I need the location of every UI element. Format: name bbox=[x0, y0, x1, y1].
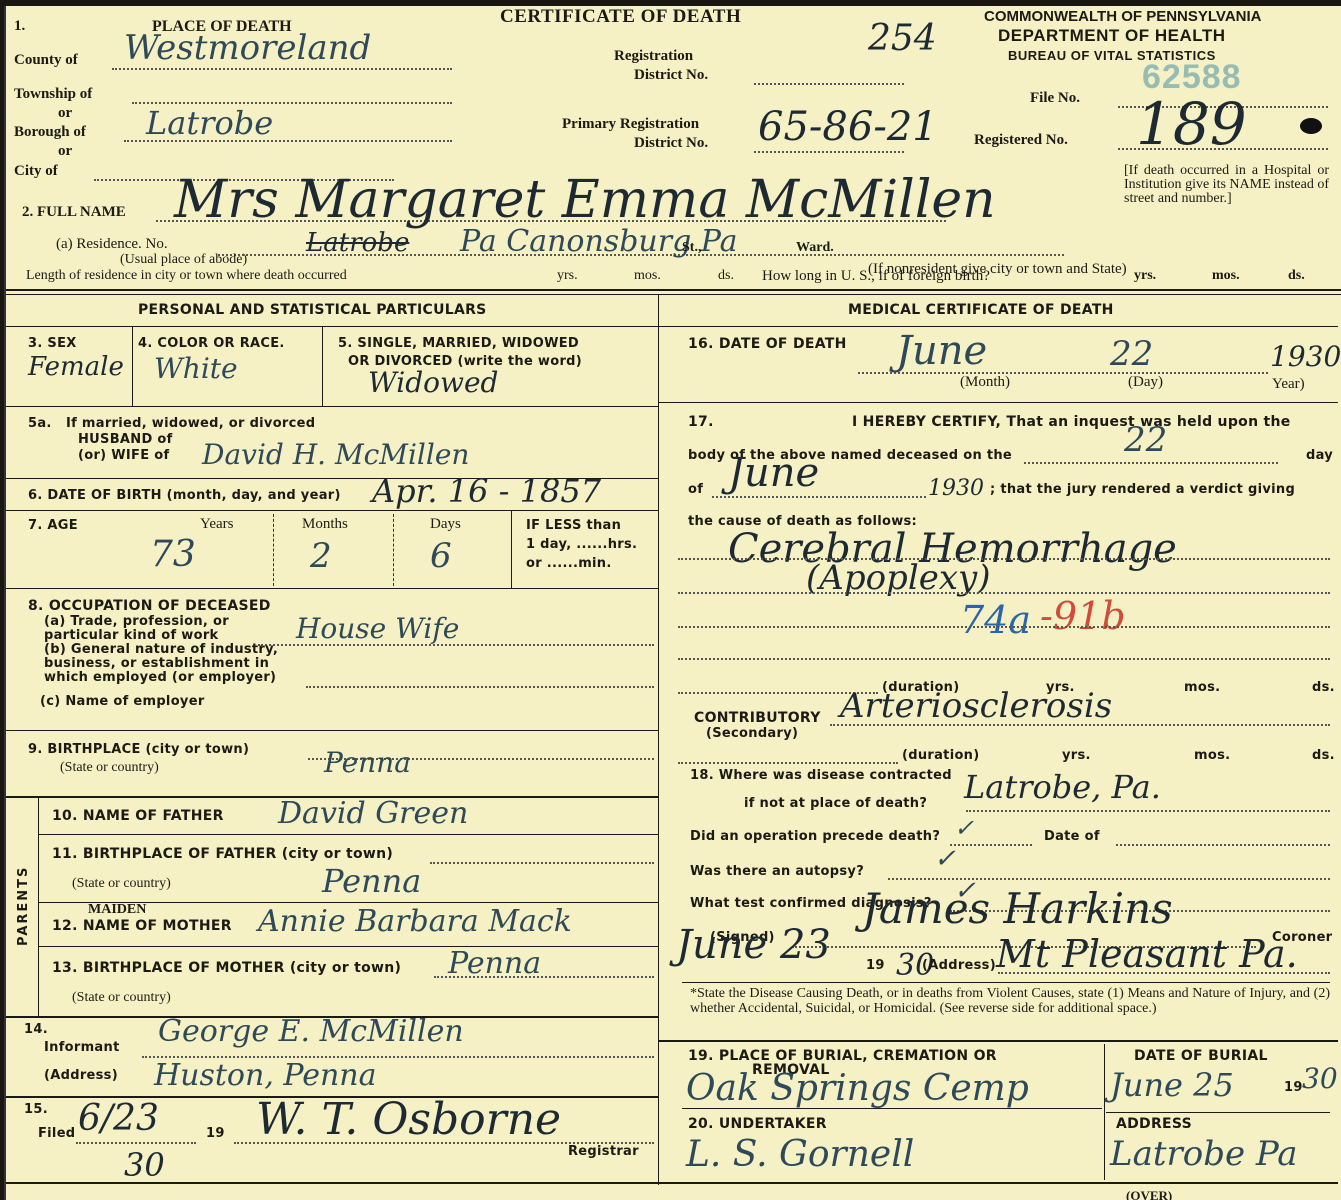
certify-line-3: ; that the jury rendered a verdict givin… bbox=[990, 482, 1295, 497]
undertaker-label: 20. UNDERTAKER bbox=[688, 1116, 827, 1132]
divider bbox=[511, 511, 512, 588]
burial-place-value[interactable]: Oak Springs Cemp bbox=[686, 1068, 1029, 1109]
duration-2-yrs: yrs. bbox=[1062, 748, 1091, 763]
personal-section-title: PERSONAL AND STATISTICAL PARTICULARS bbox=[138, 302, 487, 318]
day-suffix: day bbox=[1306, 448, 1333, 463]
divider bbox=[682, 1108, 1102, 1109]
divider bbox=[6, 510, 658, 511]
or-label-2: or bbox=[58, 143, 72, 160]
duration-2-line bbox=[678, 762, 898, 764]
footnote: *State the Disease Causing Death, or in … bbox=[690, 986, 1330, 1016]
operation-date-line bbox=[1116, 844, 1330, 846]
father-name-value[interactable]: David Green bbox=[278, 796, 468, 831]
birthplace-value[interactable]: Penna bbox=[324, 746, 411, 779]
dob-label: 6. DATE OF BIRTH (month, day, and year) bbox=[28, 488, 341, 503]
contracted-label-1: 18. Where was disease contracted bbox=[690, 768, 952, 783]
informant-value[interactable]: George E. McMillen bbox=[158, 1014, 464, 1049]
industry-line bbox=[306, 686, 654, 688]
informant-address-value[interactable]: Huston, Penna bbox=[154, 1058, 377, 1093]
borough-value[interactable]: Latrobe bbox=[146, 104, 273, 142]
employer-label: (c) Name of employer bbox=[40, 694, 205, 709]
registration-district-label: District No. bbox=[634, 67, 708, 84]
inquest-day-value[interactable]: 22 bbox=[1124, 420, 1167, 460]
spouse-label-3: (or) WIFE of bbox=[78, 448, 169, 463]
spouse-label-1: If married, widowed, or divorced bbox=[66, 416, 315, 431]
registration-district-value[interactable]: 254 bbox=[868, 18, 937, 59]
race-value[interactable]: White bbox=[154, 352, 238, 385]
mother-birthplace-label: 13. BIRTHPLACE OF MOTHER (city or town) bbox=[52, 960, 401, 976]
foreign-yrs: yrs. bbox=[1134, 268, 1156, 284]
divider bbox=[322, 326, 323, 406]
primary-district-value[interactable]: 65-86-21 bbox=[758, 104, 938, 150]
borough-label: Borough of bbox=[14, 124, 86, 141]
divider bbox=[273, 514, 274, 586]
county-line bbox=[112, 68, 452, 70]
divider bbox=[658, 326, 1338, 327]
undertaker-address-value[interactable]: Latrobe Pa bbox=[1110, 1134, 1298, 1174]
occupation-b-line2: business, or establishment in bbox=[44, 656, 269, 671]
duration-2-ds: ds. bbox=[1312, 748, 1335, 763]
operation-label: Did an operation precede death? bbox=[690, 829, 940, 844]
autopsy-label: Was there an autopsy? bbox=[690, 864, 864, 879]
death-day-value[interactable]: 22 bbox=[1110, 334, 1153, 374]
undertaker-value[interactable]: L. S. Gornell bbox=[686, 1134, 914, 1175]
age-years-value[interactable]: 73 bbox=[150, 534, 196, 575]
inquest-day-line bbox=[1024, 462, 1278, 464]
divider bbox=[682, 982, 1330, 983]
divider bbox=[132, 326, 133, 406]
divider bbox=[658, 402, 1338, 403]
divider bbox=[658, 1182, 1338, 1184]
duration-2-mos: mos. bbox=[1194, 748, 1230, 763]
filed-year-value[interactable]: 30 bbox=[124, 1146, 165, 1184]
marital-value[interactable]: Widowed bbox=[368, 366, 498, 399]
registrar-value[interactable]: W. T. Osborne bbox=[256, 1094, 561, 1145]
divider bbox=[38, 834, 658, 835]
signed-value[interactable]: James Harkins bbox=[862, 884, 1173, 933]
divider bbox=[393, 514, 394, 586]
age-days-label: Days bbox=[430, 516, 461, 533]
marital-label-1: 5. SINGLE, MARRIED, WIDOWED bbox=[338, 336, 579, 351]
mother-name-value[interactable]: Annie Barbara Mack bbox=[258, 904, 572, 939]
father-birthplace-value[interactable]: Penna bbox=[322, 862, 421, 900]
occupation-b-line1: (b) General nature of industry, bbox=[44, 642, 278, 657]
registered-no-value[interactable]: 189 bbox=[1136, 90, 1247, 158]
divider bbox=[6, 406, 658, 407]
death-certificate: 1. PLACE OF DEATH CERTIFICATE OF DEATH C… bbox=[4, 6, 1341, 1200]
burial-date-value[interactable]: June 25 bbox=[1110, 1066, 1234, 1104]
mother-birthplace-value[interactable]: Penna bbox=[448, 946, 541, 981]
operation-check-mark[interactable]: ✓ bbox=[954, 814, 974, 842]
contributory-label: CONTRIBUTORY bbox=[694, 710, 821, 726]
divider bbox=[6, 588, 658, 589]
informant-label: Informant bbox=[44, 1040, 120, 1055]
signed-year-prefix: 19 bbox=[866, 958, 885, 973]
center-divider bbox=[658, 295, 659, 1185]
divider bbox=[6, 730, 658, 731]
father-birthplace-sublabel: (State or country) bbox=[72, 876, 171, 892]
signed-address-label: (Address) bbox=[922, 958, 996, 973]
autopsy-check-mark[interactable]: ✓ bbox=[934, 844, 956, 874]
certify-line-1: I HEREBY CERTIFY, That an inquest was he… bbox=[852, 414, 1291, 430]
divider bbox=[38, 946, 658, 947]
occupation-a-line2: particular kind of work bbox=[44, 628, 218, 643]
occupation-b-line3: which employed (or employer) bbox=[44, 670, 276, 685]
contracted-line bbox=[966, 810, 1330, 812]
day-caption: (Day) bbox=[1128, 374, 1163, 391]
age-years-label: Years bbox=[200, 516, 233, 533]
foreign-birth-label: How long in U. S., if of foreign birth? bbox=[762, 268, 990, 285]
less-than-label-1: IF LESS than bbox=[526, 518, 621, 533]
township-label: Township of bbox=[14, 86, 92, 103]
filed-date-value[interactable]: 6/23 bbox=[78, 1098, 159, 1139]
residence-sublabel: (Usual place of abode) bbox=[120, 252, 247, 268]
mother-name-label: 12. NAME OF MOTHER bbox=[52, 918, 232, 934]
length-mos: mos. bbox=[634, 268, 661, 284]
maiden-label: MAIDEN bbox=[88, 902, 146, 918]
ward-label: Ward. bbox=[796, 240, 834, 256]
undertaker-address-label: ADDRESS bbox=[1116, 1116, 1192, 1132]
burial-year-value[interactable]: 30 bbox=[1302, 1062, 1338, 1095]
month-caption: (Month) bbox=[960, 374, 1010, 391]
length-yrs: yrs. bbox=[557, 268, 578, 284]
or-label-1: or bbox=[58, 105, 72, 122]
primary-district-label: District No. bbox=[634, 135, 708, 152]
parents-side-label: PARENTS bbox=[16, 866, 31, 946]
operation-line bbox=[950, 844, 1032, 846]
primary-registration-label: Primary Registration bbox=[562, 116, 699, 133]
burial-year-prefix: 19 bbox=[1284, 1080, 1303, 1095]
primary-district-line bbox=[754, 151, 904, 153]
secondary-label: (Secondary) bbox=[706, 726, 798, 741]
occupation-label: 8. OCCUPATION OF DECEASED bbox=[28, 598, 271, 614]
filed-num: 15. bbox=[24, 1102, 48, 1117]
burial-date-label: DATE OF BURIAL bbox=[1134, 1048, 1268, 1064]
filed-year-prefix: 19 bbox=[206, 1126, 225, 1141]
occupation-a-line1: (a) Trade, profession, or bbox=[44, 614, 229, 629]
age-months-value[interactable]: 2 bbox=[310, 536, 332, 576]
inquest-year-value[interactable]: 1930 bbox=[928, 476, 984, 501]
divider-top-2 bbox=[6, 294, 1341, 295]
contracted-label-2: if not at place of death? bbox=[744, 796, 927, 811]
age-label: 7. AGE bbox=[28, 518, 78, 533]
city-label: City of bbox=[14, 163, 58, 180]
filed-date-line bbox=[76, 1142, 196, 1144]
foreign-ds: ds. bbox=[1288, 268, 1305, 284]
medical-section-title: MEDICAL CERTIFICATE OF DEATH bbox=[848, 302, 1114, 318]
foreign-mos: mos. bbox=[1212, 268, 1240, 284]
cause-code-blue: 74a bbox=[960, 598, 1031, 642]
less-than-label-2: 1 day, ......hrs. bbox=[526, 537, 637, 552]
contributory-value[interactable]: Arteriosclerosis bbox=[840, 686, 1112, 726]
filed-label: Filed bbox=[38, 1126, 75, 1141]
birthplace-sublabel: (State or country) bbox=[60, 760, 159, 776]
duration-mos: mos. bbox=[1184, 680, 1220, 695]
race-label: 4. COLOR OR RACE. bbox=[138, 336, 285, 351]
divider-top bbox=[6, 289, 1341, 291]
parents-divider bbox=[38, 798, 39, 1016]
father-birthplace-line bbox=[430, 862, 654, 864]
residence-label: (a) Residence. No. bbox=[56, 236, 168, 253]
spouse-label-2: HUSBAND of bbox=[78, 432, 173, 447]
full-name-value[interactable]: Mrs Margaret Emma McMillen bbox=[174, 170, 996, 230]
death-year-value[interactable]: 1930 bbox=[1270, 340, 1341, 373]
age-days-value[interactable]: 6 bbox=[430, 536, 452, 576]
page-title: CERTIFICATE OF DEATH bbox=[500, 6, 741, 28]
duration-ds: ds. bbox=[1312, 680, 1335, 695]
spouse-value[interactable]: David H. McMillen bbox=[202, 438, 469, 471]
date-of-death-label: 16. DATE OF DEATH bbox=[688, 336, 847, 352]
mother-birthplace-sublabel: (State or country) bbox=[72, 990, 171, 1006]
certify-num: 17. bbox=[688, 414, 714, 430]
registration-label: Registration bbox=[614, 48, 693, 65]
full-name-label: 2. FULL NAME bbox=[22, 204, 126, 221]
cause-line-4 bbox=[678, 658, 1330, 660]
contracted-value[interactable]: Latrobe, Pa. bbox=[964, 768, 1161, 806]
length-residence-label: Length of residence in city or town wher… bbox=[26, 268, 347, 284]
cause-code-red: -91b bbox=[1040, 594, 1126, 638]
year-caption: Year) bbox=[1272, 376, 1305, 393]
file-no-label: File No. bbox=[1030, 90, 1080, 107]
informant-address-label: (Address) bbox=[44, 1068, 118, 1083]
registration-district-line bbox=[754, 83, 904, 85]
burial-divider bbox=[1104, 1044, 1105, 1180]
birthplace-label: 9. BIRTHPLACE (city or town) bbox=[28, 742, 249, 757]
county-value[interactable]: Westmoreland bbox=[124, 28, 371, 68]
county-label: County of bbox=[14, 52, 78, 69]
over-label: (OVER) bbox=[1126, 1188, 1172, 1200]
residence-struck-value: Latrobe bbox=[306, 228, 409, 258]
of-label: of bbox=[688, 482, 703, 497]
hospital-note: [If death occurred in a Hospital or Inst… bbox=[1124, 164, 1329, 206]
inquest-month-line bbox=[712, 496, 926, 498]
registered-no-label: Registered No. bbox=[974, 132, 1068, 149]
registrar-label: Registrar bbox=[568, 1144, 639, 1159]
divider bbox=[1106, 1112, 1330, 1113]
father-name-label: 10. NAME OF FATHER bbox=[52, 808, 224, 824]
length-ds: ds. bbox=[718, 268, 734, 284]
death-month-value[interactable]: June bbox=[896, 328, 987, 374]
divider bbox=[658, 1040, 1338, 1042]
operation-date-label: Date of bbox=[1044, 829, 1100, 844]
burial-place-label-1: 19. PLACE OF BURIAL, CREMATION OR bbox=[688, 1048, 997, 1064]
sex-value[interactable]: Female bbox=[28, 352, 124, 382]
cause-line-3 bbox=[678, 626, 1330, 628]
agency-department: DEPARTMENT OF HEALTH bbox=[998, 26, 1226, 46]
father-birthplace-label: 11. BIRTHPLACE OF FATHER (city or town) bbox=[52, 846, 393, 862]
signed-date-value[interactable]: June 23 bbox=[676, 922, 831, 968]
signed-address-value[interactable]: Mt Pleasant Pa. bbox=[996, 932, 1298, 976]
cause-line-2 bbox=[678, 592, 1330, 594]
punch-hole bbox=[1300, 118, 1322, 134]
sex-label: 3. SEX bbox=[28, 336, 77, 351]
section-number-1: 1. bbox=[14, 18, 25, 35]
dob-value[interactable]: Apr. 16 - 1857 bbox=[372, 472, 601, 510]
inquest-month-value[interactable]: June bbox=[728, 450, 819, 496]
spouse-num: 5a. bbox=[28, 416, 52, 431]
occupation-value[interactable]: House Wife bbox=[296, 612, 459, 645]
street-label: St., bbox=[682, 240, 701, 256]
agency-commonwealth: COMMONWEALTH OF PENNSYLVANIA bbox=[984, 8, 1262, 25]
duration-2-label: (duration) bbox=[902, 748, 979, 763]
informant-num: 14. bbox=[24, 1022, 48, 1037]
divider bbox=[6, 326, 658, 327]
age-months-label: Months bbox=[302, 516, 348, 533]
cause-line-1 bbox=[678, 558, 1330, 560]
divider bbox=[6, 1182, 658, 1184]
less-than-label-3: or ......min. bbox=[526, 556, 612, 571]
